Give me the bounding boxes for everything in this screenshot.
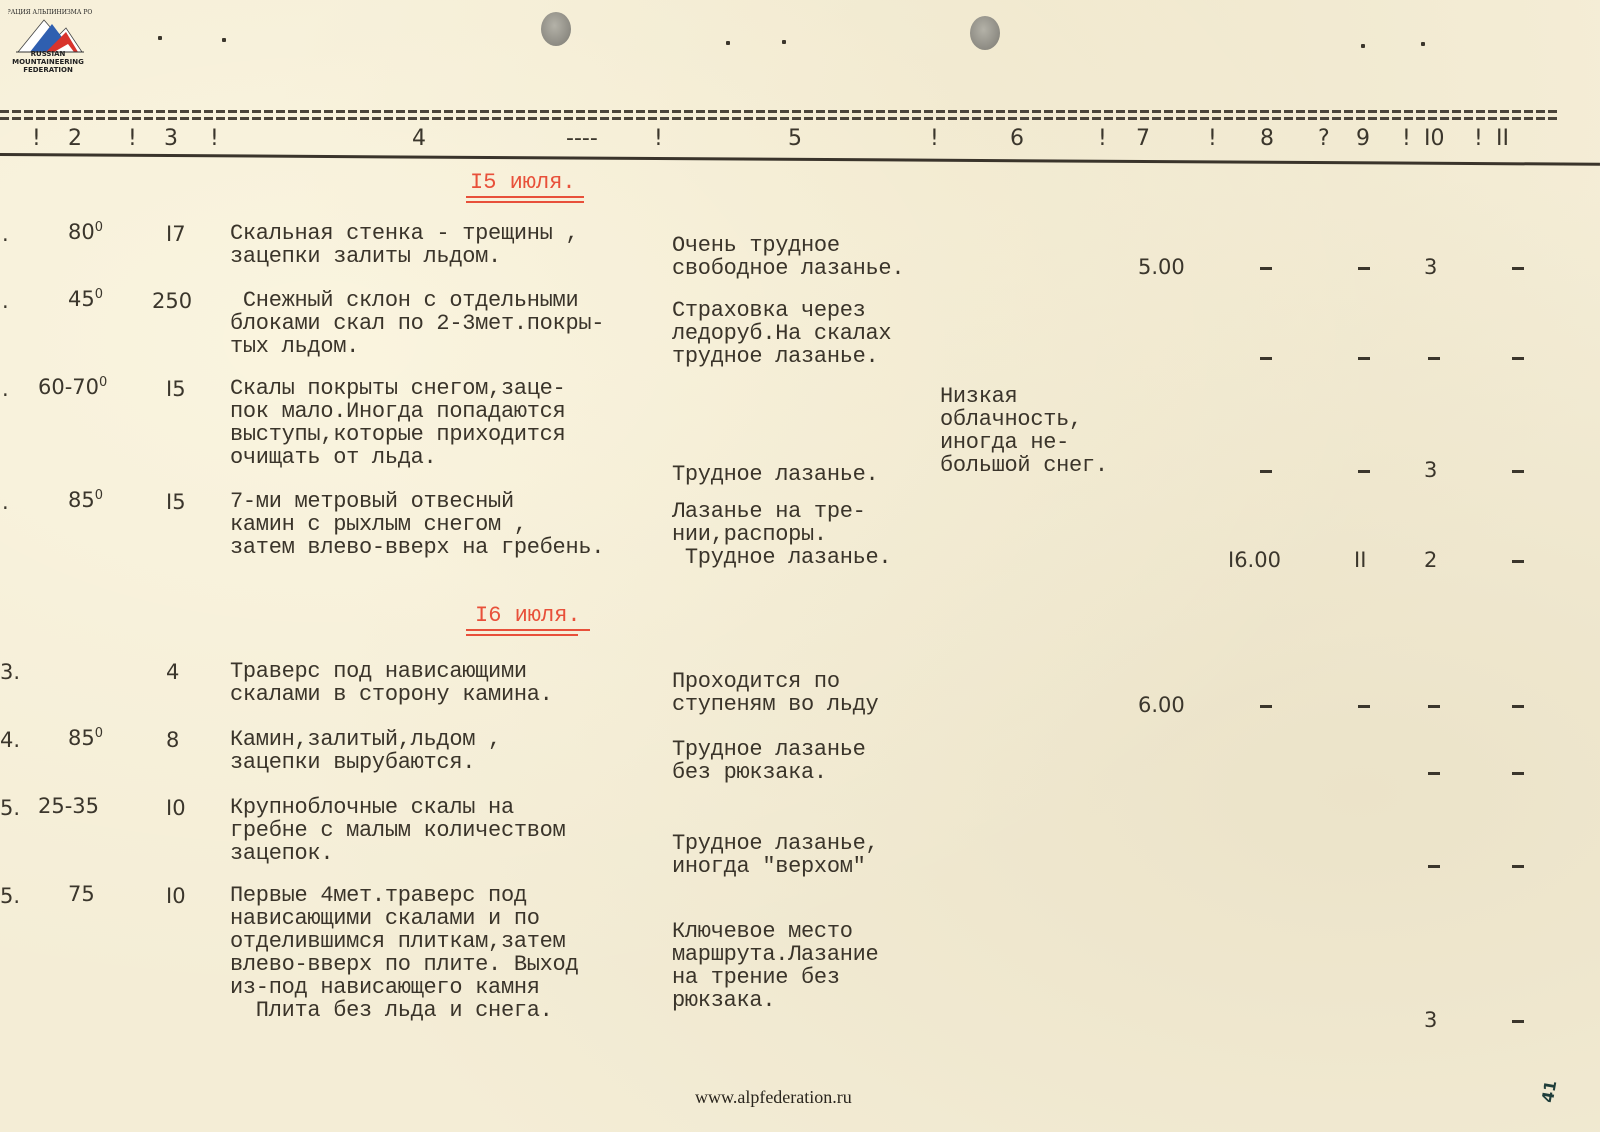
technique-description: Трудное лазанье. (672, 463, 878, 486)
paper-speck (1361, 44, 1365, 48)
dash-mark (1512, 705, 1524, 708)
dash-mark (1358, 705, 1370, 708)
section-length: 250 (152, 289, 192, 313)
terrain-description: Снежный склон с отдельными блоками скал … (230, 289, 604, 358)
dash-mark (1428, 357, 1440, 360)
time-value: I6.00 (1228, 548, 1281, 572)
slope-angle: 75 (68, 882, 95, 906)
dash-mark (1512, 470, 1524, 473)
column-header-0: ! (32, 126, 41, 151)
time-value: 5.00 (1138, 255, 1185, 279)
logo-caption: RUSSIAN MOUNTAINEERING FEDERATION (8, 50, 88, 74)
slope-angle: 850 (68, 726, 103, 750)
terrain-description: 7-ми метровый отвесный камин с рыхлым сн… (230, 490, 604, 559)
terrain-description: Первые 4мет.траверс под нависающими скал… (230, 884, 578, 1022)
technique-description: Страховка через ледоруб.На скалах трудно… (672, 299, 891, 368)
technique-description: Трудное лазанье, иногда "верхом" (672, 832, 878, 878)
dash-mark (1358, 470, 1370, 473)
dash-mark (1260, 267, 1272, 270)
row-number: . (2, 490, 9, 514)
date-underline (466, 201, 584, 203)
logo-line-1: RUSSIAN (8, 50, 88, 58)
logo-line-3: FEDERATION (8, 66, 88, 74)
row-number: 3. (0, 660, 20, 684)
dash-mark (1512, 1020, 1524, 1023)
paper-speck (222, 38, 226, 42)
paper-speck (726, 41, 730, 45)
logo-line-2: MOUNTAINEERING (8, 58, 88, 66)
header-underline (0, 153, 1600, 166)
dash-mark (1260, 357, 1272, 360)
column-header-20: II (1496, 126, 1509, 151)
technique-description: Трудное лазанье без рюкзака. (672, 738, 866, 784)
column-header-16: 9 (1356, 126, 1370, 151)
dash-mark (1358, 357, 1370, 360)
section-length: I7 (166, 222, 186, 246)
dash-mark (1428, 865, 1440, 868)
column-header-19: ! (1474, 126, 1483, 151)
weather-conditions: Низкая облачность, иногда не- большой сн… (940, 385, 1108, 477)
hook-count: 2 (1424, 548, 1437, 572)
dash-mark (1512, 267, 1524, 270)
paper-speck (1421, 42, 1425, 46)
hook-count: 3 (1424, 255, 1437, 279)
section-length: I5 (166, 490, 186, 514)
date-underline (466, 196, 584, 198)
date-heading-jul15: I5 июля. (470, 170, 576, 195)
column-header-7: ! (654, 126, 663, 151)
slope-angle: 800 (68, 220, 103, 244)
date-underline (466, 629, 590, 631)
svg-text:ФЕДЕРАЦИЯ АЛЬПИНИЗМА РОССИИ: ФЕДЕРАЦИЯ АЛЬПИНИЗМА РОССИИ (8, 9, 92, 16)
dash-mark (1260, 705, 1272, 708)
punch-hole-right (970, 16, 1000, 50)
terrain-description: Скалы покрыты снегом,заце- пок мало.Иног… (230, 377, 565, 469)
dash-mark (1428, 705, 1440, 708)
dash-mark (1512, 772, 1524, 775)
section-length: I0 (166, 884, 186, 908)
slope-angle: 450 (68, 287, 103, 311)
column-header-4: ! (210, 126, 219, 151)
header-double-rule-top (0, 110, 1560, 113)
dash-mark (1512, 865, 1524, 868)
section-length: I0 (166, 796, 186, 820)
column-header-3: 3 (164, 126, 178, 151)
column-header-15: ? (1318, 126, 1330, 151)
row-number: 5. (0, 796, 20, 820)
technique-description: Проходится по ступеням во льду (672, 670, 878, 716)
dash-mark (1428, 772, 1440, 775)
column-header-13: ! (1208, 126, 1217, 151)
margin-page-note: 41 (1538, 1079, 1561, 1104)
section-length: 4 (166, 660, 179, 684)
section-length: I5 (166, 377, 186, 401)
footer-site-url: www.alpfederation.ru (695, 1087, 852, 1108)
punch-hole-left (541, 12, 571, 46)
dash-mark (1260, 470, 1272, 473)
terrain-description: Траверс под нависающими скалами в сторон… (230, 660, 553, 706)
column-header-9: ! (930, 126, 939, 151)
slope-angle: 25-35 (38, 794, 99, 818)
dash-mark (1358, 267, 1370, 270)
terrain-description: Крупноблочные скалы на гребне с малым ко… (230, 796, 565, 865)
column-header-2: ! (128, 126, 137, 151)
row-number: 5. (0, 884, 20, 908)
column-header-10: 6 (1010, 126, 1024, 151)
column-header-17: ! (1402, 126, 1411, 151)
terrain-description: Камин,залитый,льдом , зацепки вырубаются… (230, 728, 501, 774)
section-length: 8 (166, 728, 179, 752)
column-header-1: 2 (68, 126, 82, 151)
column-header-12: 7 (1136, 126, 1150, 151)
slope-angle: 850 (68, 488, 103, 512)
value-c9: II (1354, 548, 1366, 572)
row-number: . (2, 377, 9, 401)
slope-angle: 60-700 (38, 375, 107, 399)
technique-description: Лазанье на тре- нии,распоры. Трудное лаз… (672, 500, 891, 569)
hook-count: 3 (1424, 1008, 1437, 1032)
column-header-6: ---- (566, 126, 598, 151)
header-double-rule-bottom (0, 117, 1560, 120)
technique-description: Очень трудное свободное лазанье. (672, 234, 904, 280)
date-underline (466, 634, 578, 636)
dash-mark (1512, 357, 1524, 360)
hook-count: 3 (1424, 458, 1437, 482)
row-number: . (2, 289, 9, 313)
row-number: 4. (0, 728, 20, 752)
date-heading-jul16: I6 июля. (475, 603, 581, 628)
dash-mark (1512, 560, 1524, 563)
terrain-description: Скальная стенка - трещины , зацепки зали… (230, 222, 578, 268)
column-header-14: 8 (1260, 126, 1274, 151)
column-header-8: 5 (788, 126, 802, 151)
paper-speck (782, 40, 786, 44)
column-header-11: ! (1098, 126, 1107, 151)
technique-description: Ключевое место маршрута.Лазание на трени… (672, 920, 878, 1012)
paper-speck (158, 36, 162, 40)
time-value: 6.00 (1138, 693, 1185, 717)
column-header-5: 4 (412, 126, 426, 151)
column-header-18: I0 (1424, 126, 1445, 151)
row-number: . (2, 222, 9, 246)
